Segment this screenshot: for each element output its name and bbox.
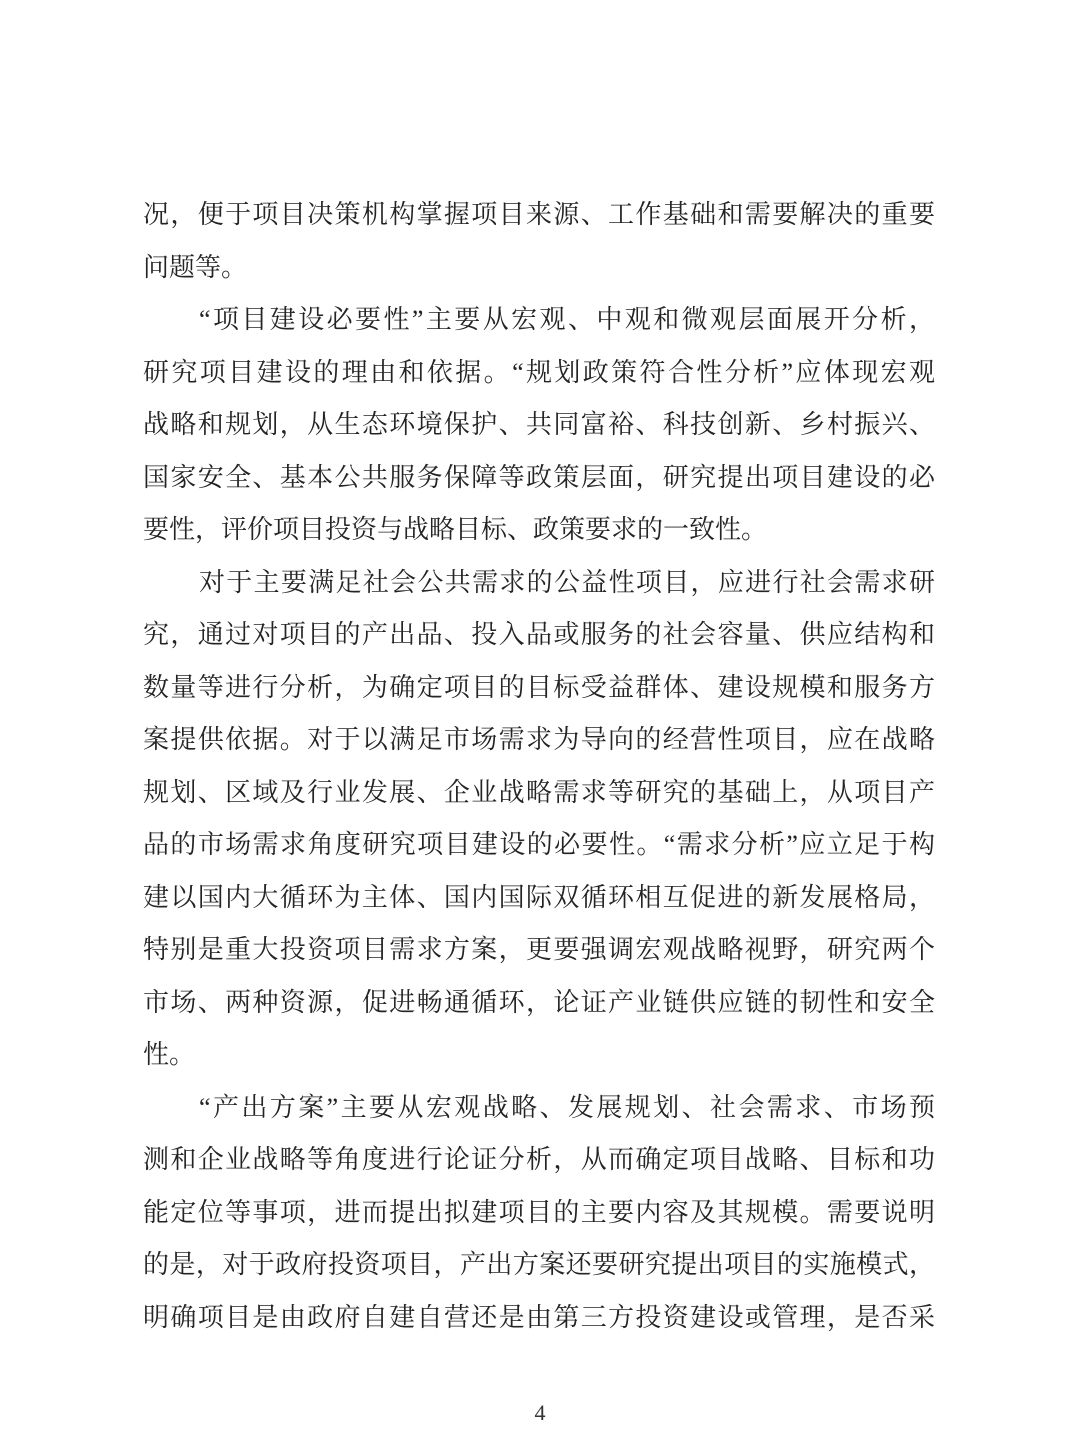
text-line: 国家安全、基本公共服务保障等政策层面，研究提出项目建设的必: [143, 452, 935, 505]
text-line: 案提供依据。对于以满足市场需求为导向的经营性项目，应在战略: [143, 714, 935, 767]
text-line: 规划、区域及行业发展、企业战略需求等研究的基础上，从项目产: [143, 767, 935, 820]
text-line: “产出方案”主要从宏观战略、发展规划、社会需求、市场预: [143, 1082, 935, 1135]
text-line: 能定位等事项，进而提出拟建项目的主要内容及其规模。需要说明: [143, 1187, 935, 1240]
text-line: 究，通过对项目的产出品、投入品或服务的社会容量、供应结构和: [143, 609, 935, 662]
text-line: 建以国内大循环为主体、国内国际双循环相互促进的新发展格局，: [143, 872, 935, 925]
text-line: 研究项目建设的理由和依据。“规划政策符合性分析”应体现宏观: [143, 347, 935, 400]
text-line: 要性，评价项目投资与战略目标、政策要求的一致性。: [143, 504, 935, 557]
text-line: 战略和规划，从生态环境保护、共同富裕、科技创新、乡村振兴、: [143, 399, 935, 452]
text-line: 品的市场需求角度研究项目建设的必要性。“需求分析”应立足于构: [143, 819, 935, 872]
document-body: 况，便于项目决策机构掌握项目来源、工作基础和需要解决的重要问题等。“项目建设必要…: [143, 189, 935, 1344]
page-footer: 4: [0, 1393, 1080, 1433]
text-line: 问题等。: [143, 242, 935, 295]
page-number: 4: [535, 1400, 546, 1425]
text-line: 特别是重大投资项目需求方案，更要强调宏观战略视野，研究两个: [143, 924, 935, 977]
text-line: 对于主要满足社会公共需求的公益性项目，应进行社会需求研: [143, 557, 935, 610]
text-line: “项目建设必要性”主要从宏观、中观和微观层面展开分析，: [143, 294, 935, 347]
text-line: 性。: [143, 1029, 935, 1082]
text-line: 的是，对于政府投资项目，产出方案还要研究提出项目的实施模式，: [143, 1239, 935, 1292]
text-line: 测和企业战略等角度进行论证分析，从而确定项目战略、目标和功: [143, 1134, 935, 1187]
text-line: 数量等进行分析，为确定项目的目标受益群体、建设规模和服务方: [143, 662, 935, 715]
text-line: 市场、两种资源，促进畅通循环，论证产业链供应链的韧性和安全: [143, 977, 935, 1030]
text-line: 况，便于项目决策机构掌握项目来源、工作基础和需要解决的重要: [143, 189, 935, 242]
text-line: 明确项目是由政府自建自营还是由第三方投资建设或管理，是否采: [143, 1292, 935, 1345]
document-page: 况，便于项目决策机构掌握项目来源、工作基础和需要解决的重要问题等。“项目建设必要…: [0, 0, 1080, 1444]
